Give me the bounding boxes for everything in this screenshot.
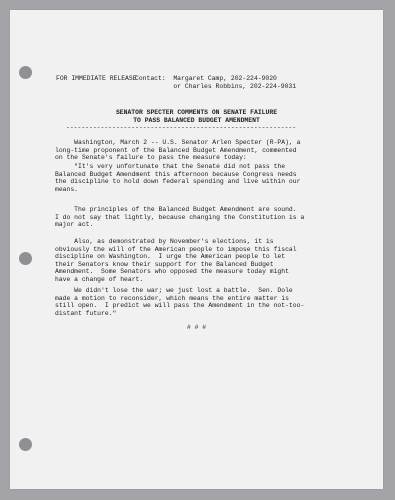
paragraph-5: We didn't lose the war; we just lost a b… [55,287,304,317]
end-mark: # # # [10,324,383,332]
dashed-divider: ----------------------------------------… [66,124,296,132]
release-label: FOR IMMEDIATE RELEASE [56,75,137,83]
contact-block: Contact: Margaret Camp, 202-224-9020 or … [135,75,296,90]
contact-line-2: or Charles Robbins, 202-224-9031 [135,83,296,90]
punch-hole-bottom [19,438,32,451]
document-page: FOR IMMEDIATE RELEASE Contact: Margaret … [10,10,383,489]
punch-hole-top [19,66,32,79]
paragraph-1: Washington, March 2 -- U.S. Senator Arle… [55,139,300,162]
headline-line-1: SENATOR SPECTER COMMENTS ON SENATE FAILU… [10,109,383,117]
headline-line-2: TO PASS BALANCED BUDGET AMENDMENT [10,117,383,125]
paragraph-2: "It's very unfortunate that the Senate d… [55,163,300,193]
punch-hole-middle [19,252,32,265]
contact-line-1: Contact: Margaret Camp, 202-224-9020 [135,75,277,82]
paragraph-4: Also, as demonstrated by November's elec… [55,238,297,284]
paragraph-3: The principles of the Balanced Budget Am… [55,206,304,229]
